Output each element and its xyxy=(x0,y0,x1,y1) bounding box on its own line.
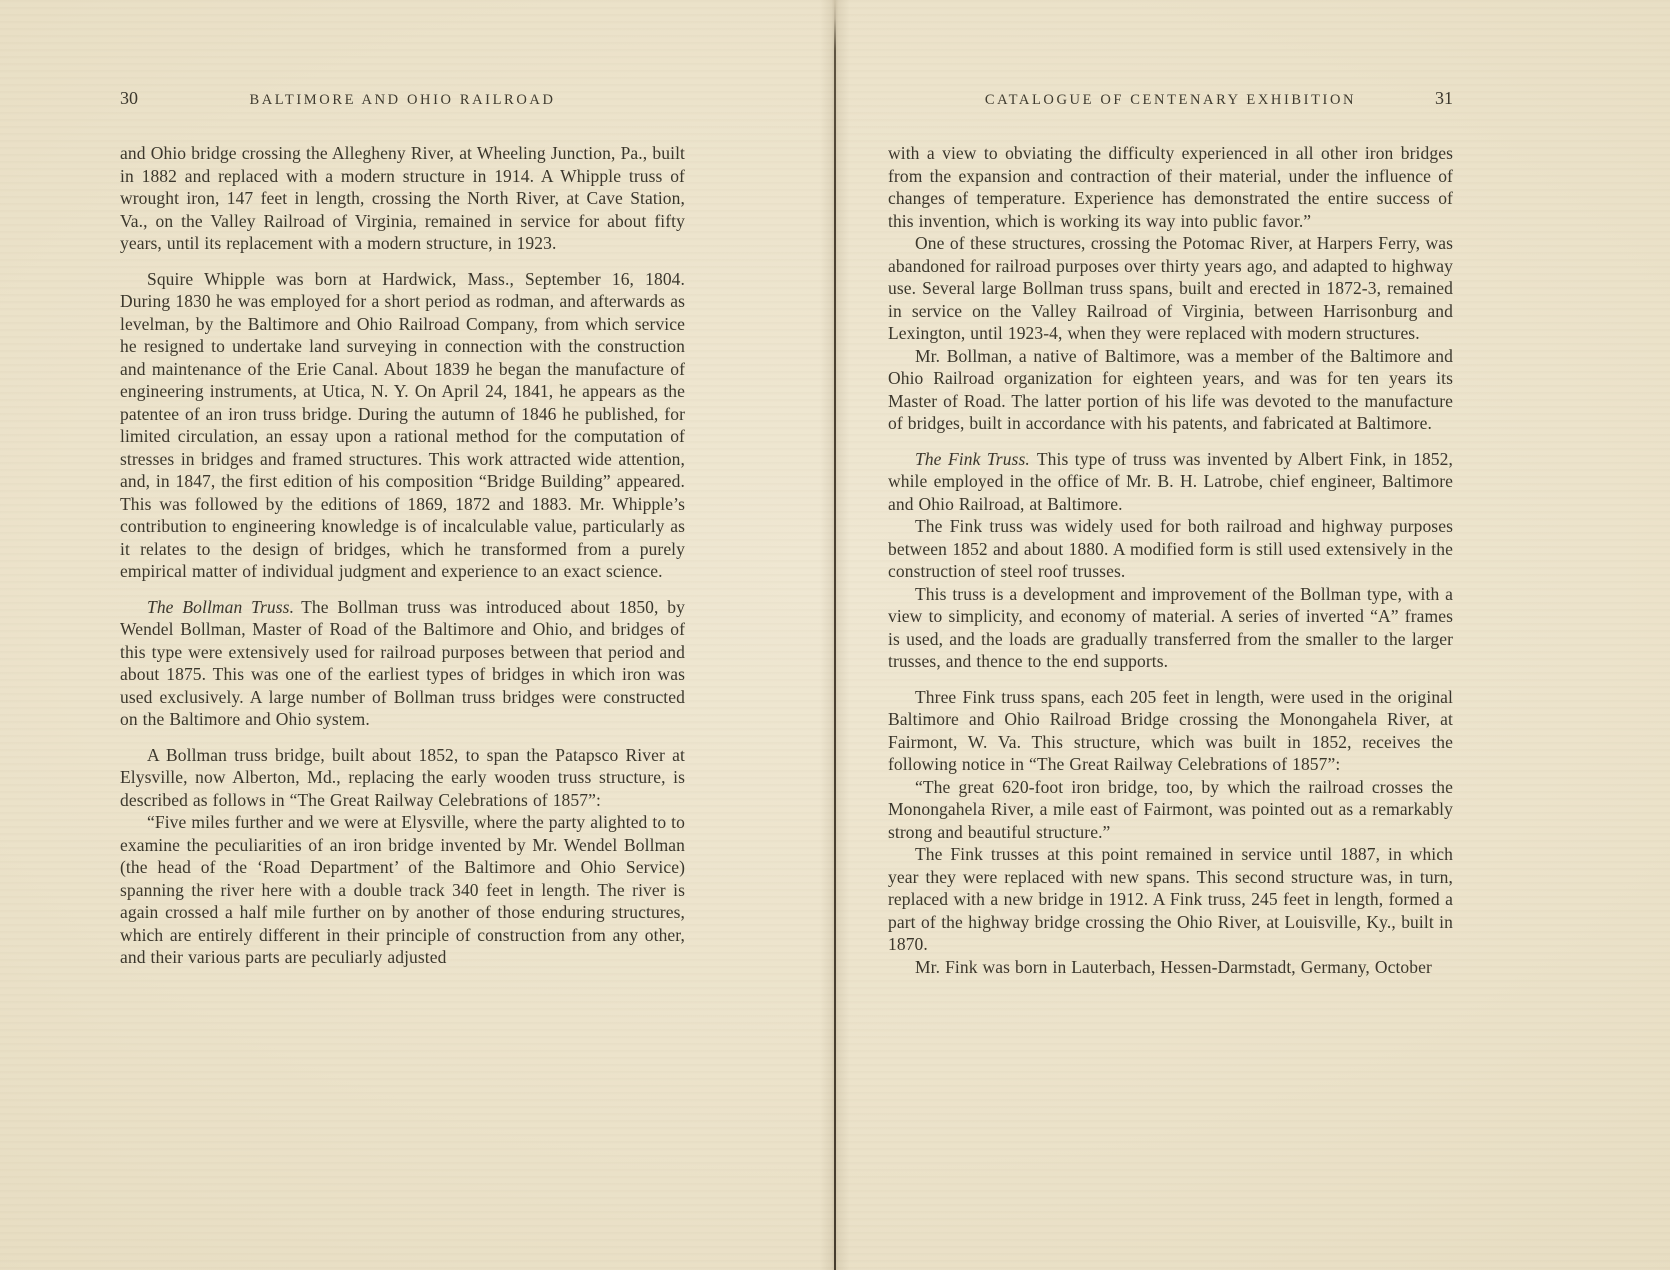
paragraph-text: One of these structures, crossing the Po… xyxy=(888,233,1453,343)
paragraph: Mr. Fink was born in Lauterbach, Hessen-… xyxy=(888,956,1453,979)
paragraph-text: “Five miles further and we were at Elysv… xyxy=(120,812,685,967)
section-lead-fink-truss: The Fink Truss. xyxy=(915,449,1030,469)
paragraph-text: This truss is a development and improvem… xyxy=(888,584,1453,672)
right-page-body: with a view to obviating the difficulty … xyxy=(888,142,1453,978)
right-page-header: CATALOGUE OF CENTENARY EXHIBITION 31 xyxy=(888,88,1453,118)
left-page-header: 30 BALTIMORE AND OHIO RAILROAD xyxy=(120,88,685,118)
page-gutter-line xyxy=(834,0,836,1270)
paragraph: “Five miles further and we were at Elysv… xyxy=(120,811,685,969)
running-head-left: BALTIMORE AND OHIO RAILROAD xyxy=(120,92,685,109)
paragraph-text: Mr. Bollman, a native of Baltimore, was … xyxy=(888,346,1453,434)
paragraph: Mr. Bollman, a native of Baltimore, was … xyxy=(888,345,1453,435)
paragraph-text: Mr. Fink was born in Lauterbach, Hessen-… xyxy=(915,957,1432,977)
paragraph-text: The Fink trusses at this point remained … xyxy=(888,844,1453,954)
left-page: 30 BALTIMORE AND OHIO RAILROAD and Ohio … xyxy=(0,0,835,1270)
left-page-body: and Ohio bridge crossing the Allegheny R… xyxy=(120,142,685,969)
paragraph: Squire Whipple was born at Hardwick, Mas… xyxy=(120,268,685,583)
paragraph-text: The Fink truss was widely used for both … xyxy=(888,516,1453,581)
paragraph: “The great 620-foot iron bridge, too, by… xyxy=(888,776,1453,844)
paragraph: and Ohio bridge crossing the Allegheny R… xyxy=(120,142,685,255)
paragraph-text: “The great 620-foot iron bridge, too, by… xyxy=(888,777,1453,842)
paragraph-text: Squire Whipple was born at Hardwick, Mas… xyxy=(120,269,685,582)
page-number-right: 31 xyxy=(1435,88,1453,109)
paragraph: This truss is a development and improvem… xyxy=(888,583,1453,673)
paragraph: The Fink Truss.This type of truss was in… xyxy=(888,448,1453,516)
paragraph-text: and Ohio bridge crossing the Allegheny R… xyxy=(120,143,685,253)
right-page-content: CATALOGUE OF CENTENARY EXHIBITION 31 wit… xyxy=(888,88,1453,978)
paragraph-text: with a view to obviating the difficulty … xyxy=(888,143,1453,231)
paragraph: The Fink truss was widely used for both … xyxy=(888,515,1453,583)
paragraph: One of these structures, crossing the Po… xyxy=(888,232,1453,345)
paragraph: Three Fink truss spans, each 205 feet in… xyxy=(888,686,1453,776)
paragraph: A Bollman truss bridge, built about 1852… xyxy=(120,744,685,812)
left-page-content: 30 BALTIMORE AND OHIO RAILROAD and Ohio … xyxy=(120,88,685,969)
section-lead-bollman-truss: The Bollman Truss. xyxy=(147,597,294,617)
paragraph-text: A Bollman truss bridge, built about 1852… xyxy=(120,745,685,810)
book-spread-scan: 30 BALTIMORE AND OHIO RAILROAD and Ohio … xyxy=(0,0,1670,1270)
right-page: CATALOGUE OF CENTENARY EXHIBITION 31 wit… xyxy=(835,0,1670,1270)
paragraph-text: Three Fink truss spans, each 205 feet in… xyxy=(888,687,1453,775)
paragraph: The Fink trusses at this point remained … xyxy=(888,843,1453,956)
running-head-right: CATALOGUE OF CENTENARY EXHIBITION xyxy=(888,92,1453,109)
paragraph: The Bollman Truss.The Bollman truss was … xyxy=(120,596,685,731)
paragraph: with a view to obviating the difficulty … xyxy=(888,142,1453,232)
